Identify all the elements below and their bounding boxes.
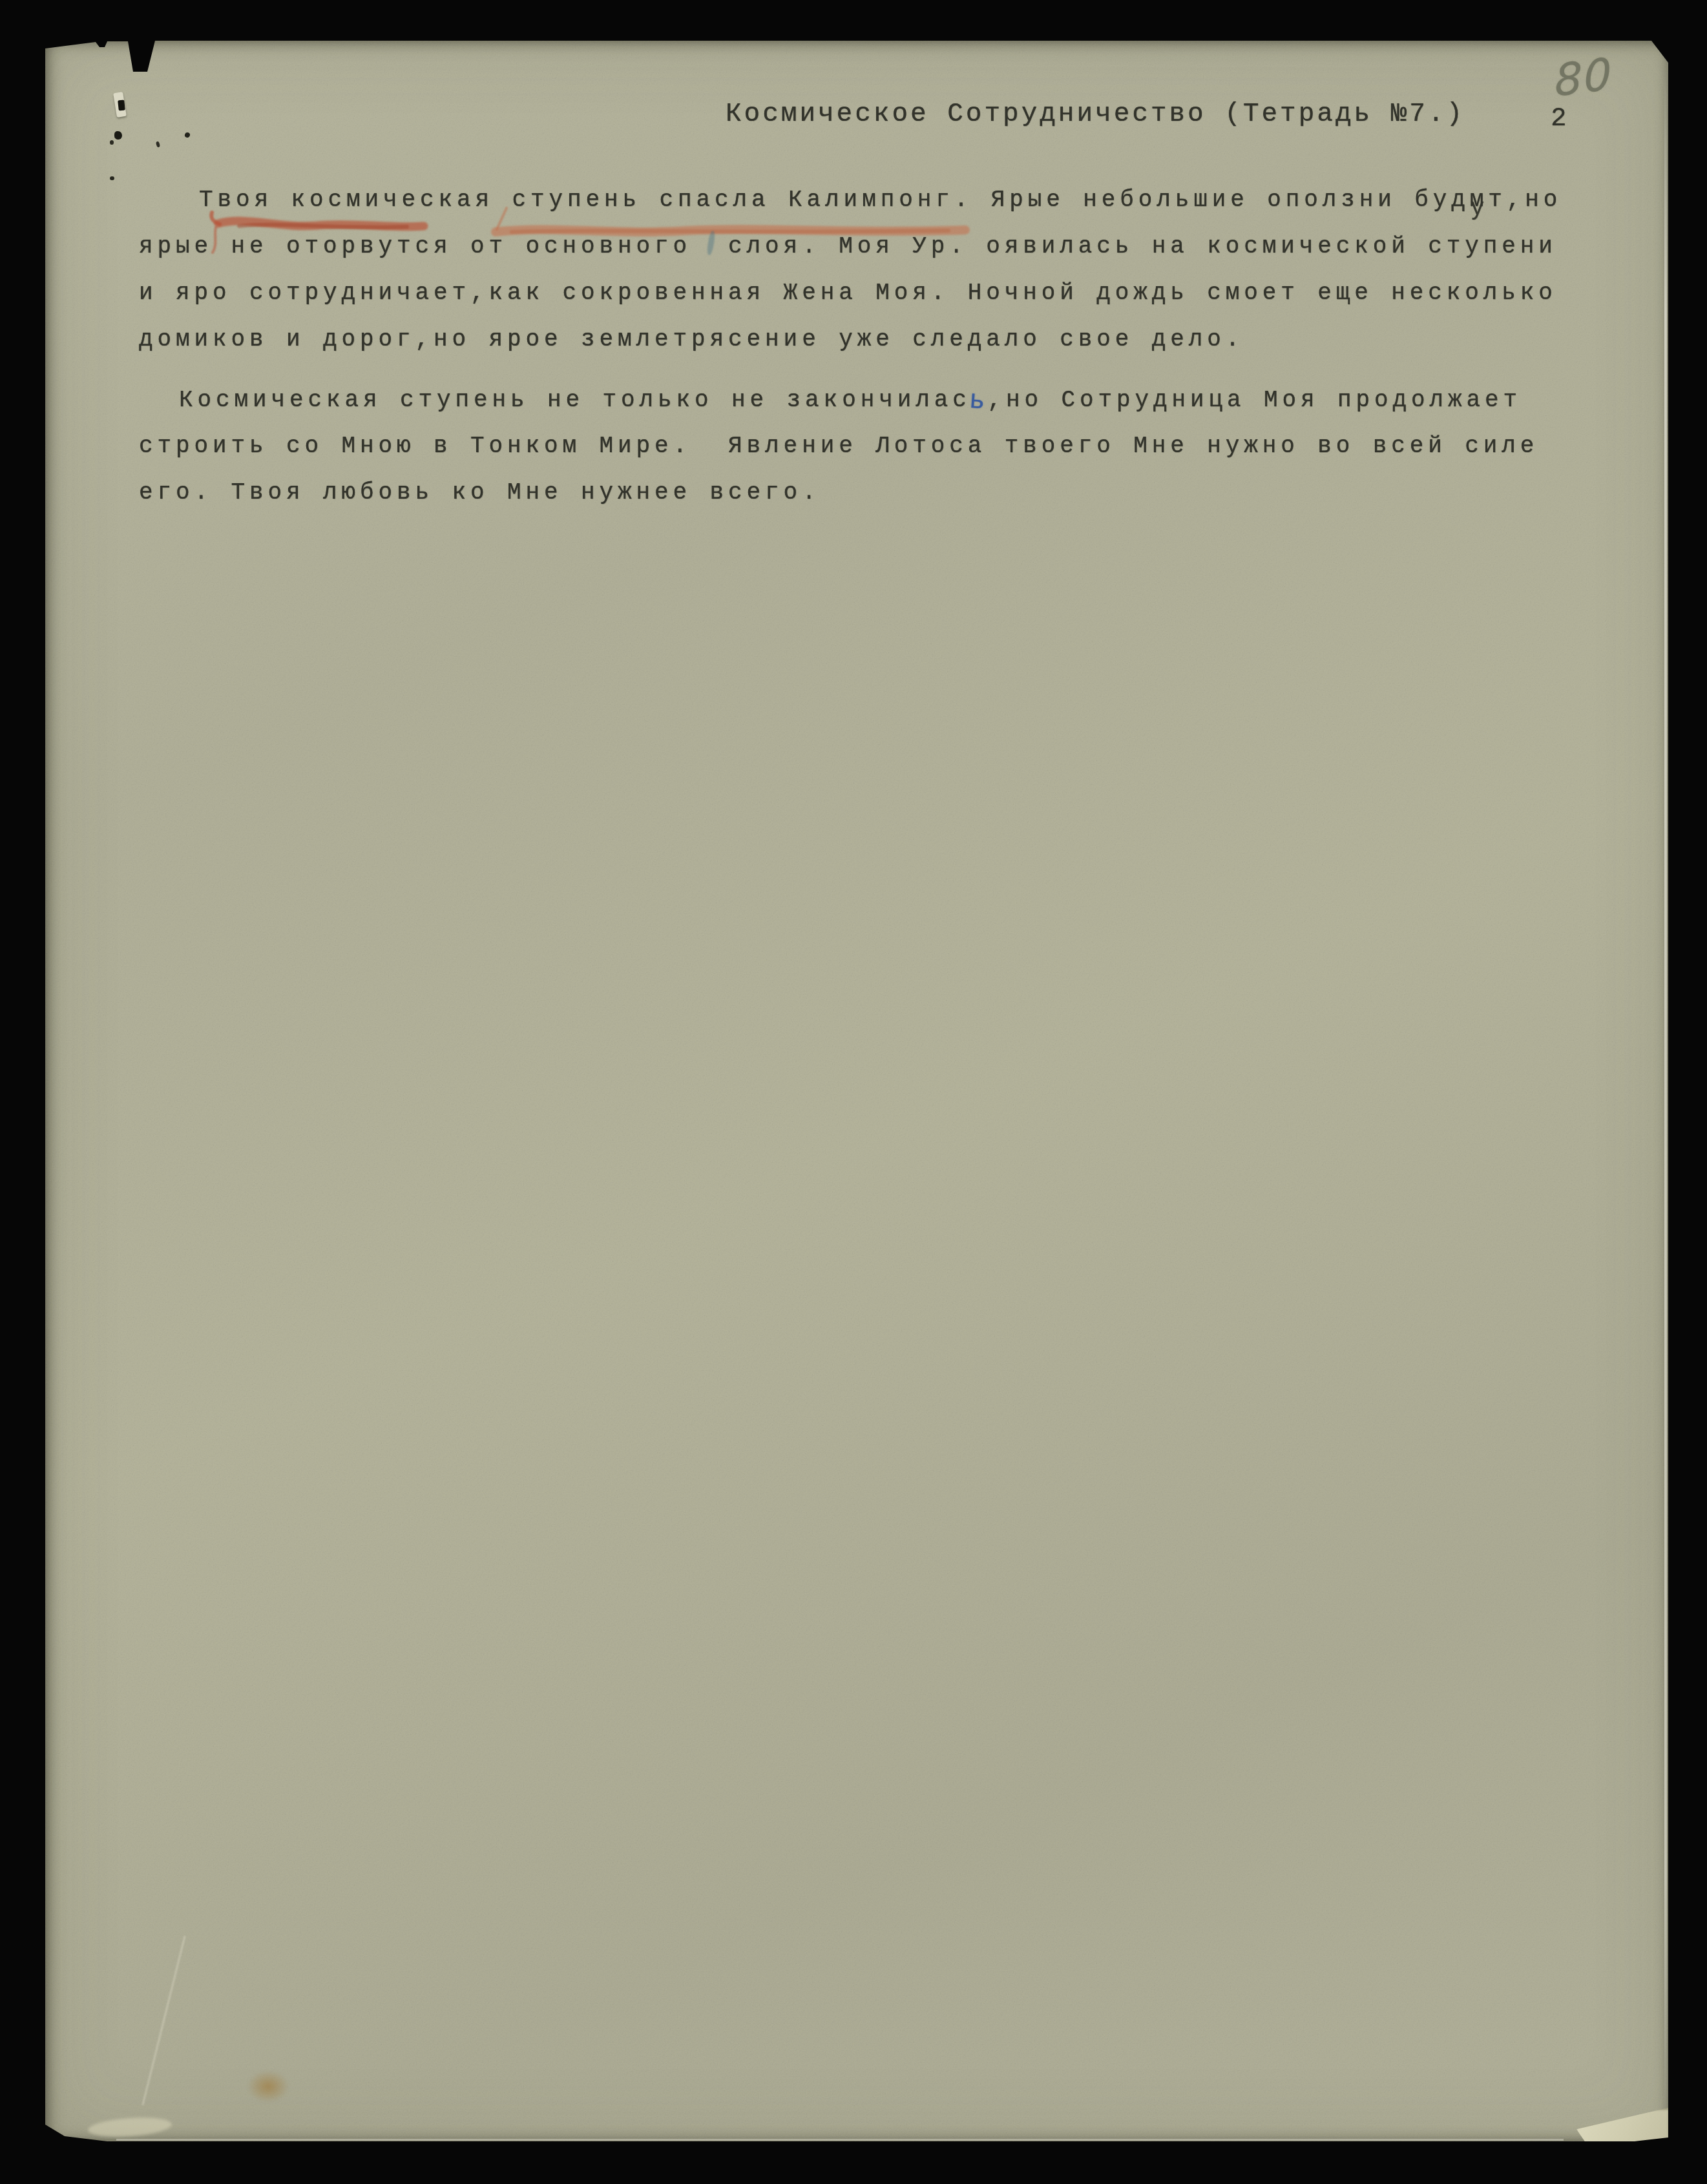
text-line: домиков и дорог,но ярое землетрясение уж… [139,317,1664,363]
paper-sheet: Космическое Сотрудничество (Тетрадь №7.)… [45,41,1668,2141]
ink-speck [156,141,160,148]
text-line: его. Твоя любовь ко Мне нужнее всего. [139,470,1664,516]
folded-corner [1576,2108,1668,2141]
handwritten-folio-number: 80 [1555,48,1613,107]
line1-end: т,но [1488,187,1562,213]
paper-edge-highlight [1664,67,1667,2121]
paragraph: Космическая ступень не только не закончи… [139,377,1664,516]
ink-speck [110,176,114,180]
paper-crease [141,1936,185,2106]
text-line: ярые не оторвутся от основного слоя. Моя… [139,224,1664,270]
overstruck-character: му [1470,187,1489,213]
paper-stain [247,2070,289,2103]
text-line: Космическая ступень не только не закончи… [139,377,1664,423]
line5-text: Космическая ступень не только не закончи… [179,387,971,413]
paper-edge-highlight [116,2139,1564,2141]
typed-body-text: Твоя космическая ступень спасла Калимпон… [139,177,1664,516]
text-line: и яро сотрудничает,как сокровенная Жена … [139,270,1664,317]
overstruck-top: у [1471,185,1489,232]
corner-chip-highlight [87,2116,173,2139]
text-line: Твоя космическая ступень спасла Калимпон… [139,177,1664,224]
ink-speck [110,140,114,145]
blue-ink-correction: ь [967,378,991,426]
paragraph: Твоя космическая ступень спасла Калимпон… [139,177,1664,363]
text-line: строить со Мною в Тонком Мире. Явление Л… [139,423,1664,470]
line5-end: ,но Сотрудница Моя продолжает [987,387,1522,413]
ink-speck [184,132,191,138]
ink-speck [114,131,122,140]
notebook-title: Космическое Сотрудничество (Тетрадь №7.) [726,91,1465,138]
scanned-document-canvas: Космическое Сотрудничество (Тетрадь №7.)… [0,0,1707,2184]
line1-text: Твоя космическая ступень спасла Калимпон… [199,187,1470,213]
paper-tear-hole [118,100,125,111]
